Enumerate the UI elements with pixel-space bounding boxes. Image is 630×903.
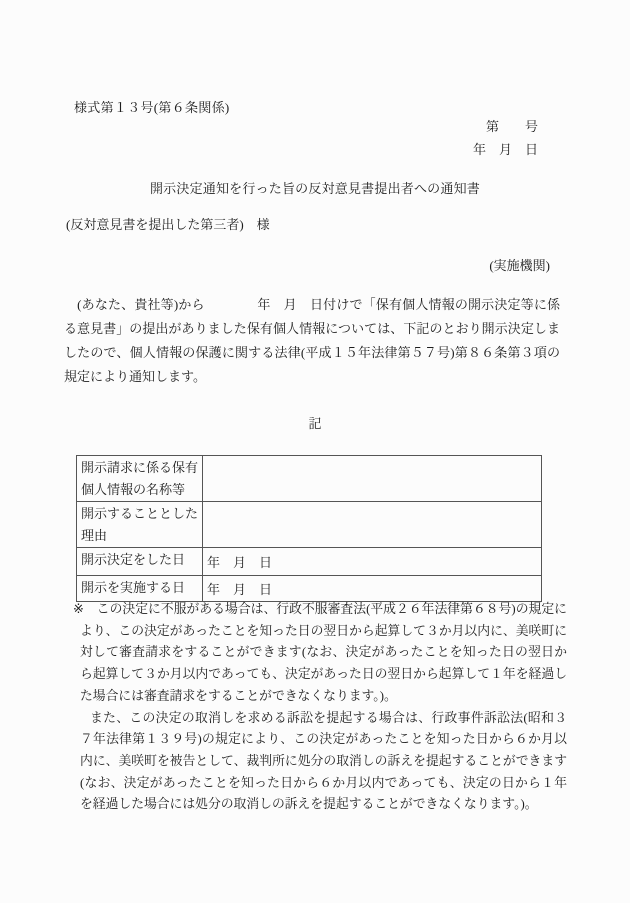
document-page: 様式第１３号(第６条関係) 第 号 年 月 日 開示決定通知を行った旨の反対意見… bbox=[0, 0, 630, 903]
document-number-line: 第 号 bbox=[473, 116, 538, 139]
table-row: 開示決定をした日 年 月 日 bbox=[77, 548, 542, 576]
appeal-note-paragraph-2: また、この決定の取消しを求める訴訟を提起する場合は、行政事件訴訟法(昭和３７年法… bbox=[80, 708, 567, 817]
table-value-held-info-name bbox=[203, 456, 542, 502]
document-number-block: 第 号 年 月 日 bbox=[473, 116, 538, 161]
issuer-line: (実施機関) bbox=[489, 255, 550, 274]
table-label-implementation-date: 開示を実施する日 bbox=[77, 576, 203, 602]
body-paragraph: (あなた、貴社等)から 年 月 日付けで「保有個人情報の開示決定等に係る意見書」… bbox=[64, 293, 560, 389]
record-table: 開示請求に係る保有 個人情報の名称等 開示することとした 理由 開示決定をした日… bbox=[76, 455, 542, 602]
note-asterisk-marker: ※ bbox=[73, 602, 84, 616]
appeal-note-text-1: この決定に不服がある場合は、行政不服審査法(平成２６年法律第６８号)の規定により… bbox=[80, 602, 567, 703]
table-label-disclosure-reason: 開示することとした 理由 bbox=[77, 502, 203, 548]
record-marker: 記 bbox=[0, 413, 630, 432]
document-date-line: 年 月 日 bbox=[473, 139, 538, 162]
form-number-line: 様式第１３号(第６条関係) bbox=[74, 97, 230, 116]
table-row: 開示することとした 理由 bbox=[77, 502, 542, 548]
table-value-decision-date: 年 月 日 bbox=[203, 548, 542, 576]
table-row: 開示を実施する日 年 月 日 bbox=[77, 576, 542, 602]
appeal-note-block: ※この決定に不服がある場合は、行政不服審査法(平成２６年法律第６８号)の規定によ… bbox=[73, 599, 567, 816]
table-label-decision-date: 開示決定をした日 bbox=[77, 548, 203, 576]
recipient-line: (反対意見書を提出した第三者) 様 bbox=[66, 214, 270, 233]
table-label-held-info-name: 開示請求に係る保有 個人情報の名称等 bbox=[77, 456, 203, 502]
appeal-note-paragraph-1: ※この決定に不服がある場合は、行政不服審査法(平成２６年法律第６８号)の規定によ… bbox=[80, 599, 567, 708]
page-title: 開示決定通知を行った旨の反対意見書提出者への通知書 bbox=[0, 178, 630, 197]
table-value-implementation-date: 年 月 日 bbox=[203, 576, 542, 602]
table-row: 開示請求に係る保有 個人情報の名称等 bbox=[77, 456, 542, 502]
table-value-disclosure-reason bbox=[203, 502, 542, 548]
